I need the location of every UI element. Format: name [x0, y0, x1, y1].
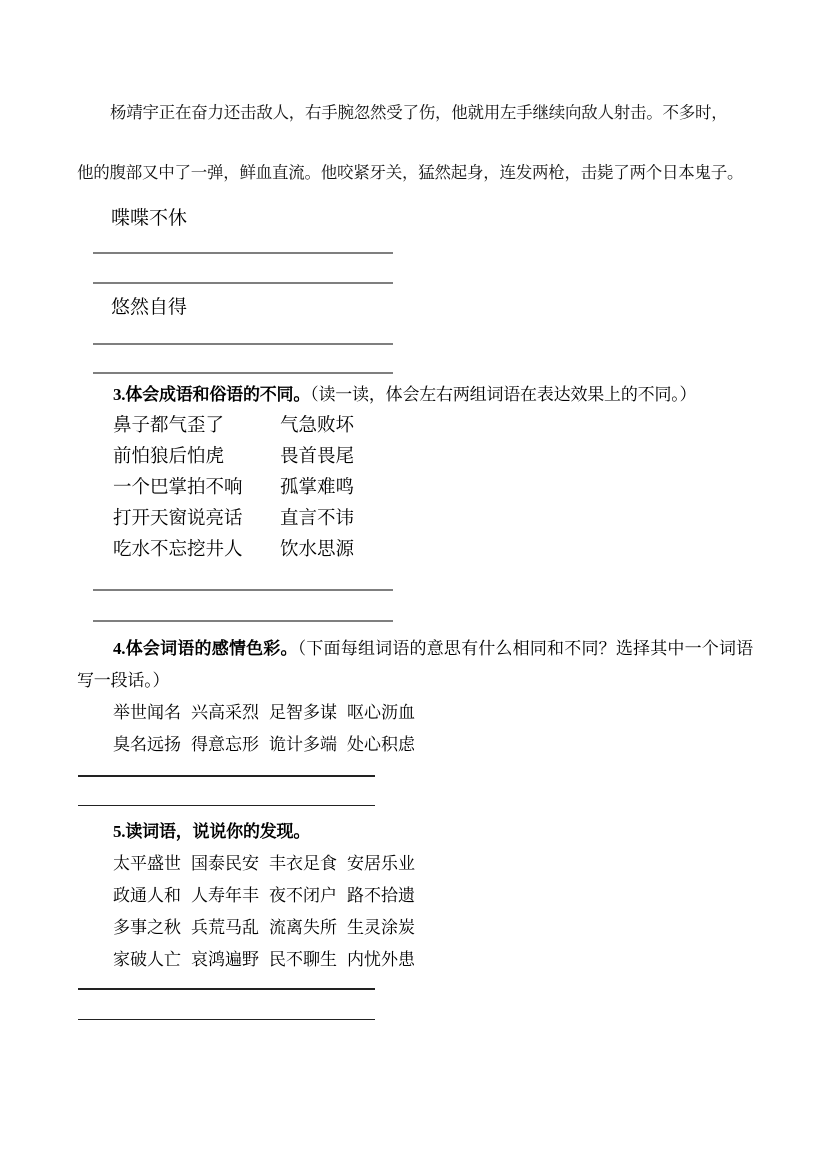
answer-line — [93, 252, 393, 254]
vocab-word-1: 喋喋不休 — [77, 203, 753, 235]
word: 兵荒马乱 — [191, 912, 259, 944]
word: 多事之秋 — [113, 912, 181, 944]
colloquial-phrase: 吃水不忘挖井人 — [113, 535, 280, 566]
word: 国泰民安 — [191, 848, 259, 880]
colloquial-phrase: 鼻子都气歪了 — [113, 411, 280, 442]
section3-title: 3.体会成语和俗语的不同。 — [113, 385, 310, 404]
idiom-phrase: 畏首畏尾 — [280, 447, 354, 467]
intro-paragraph: 杨靖宇正在奋力还击敌人，右手腕忽然受了伤，他就用左手继续向敌人射击。不多时， 他… — [77, 83, 753, 203]
word: 安居乐业 — [347, 848, 415, 880]
word: 呕心沥血 — [347, 697, 415, 729]
answer-line — [93, 372, 393, 374]
word-row: 太平盛世 国泰民安 丰衣足食 安居乐业 — [77, 848, 753, 880]
word: 足智多谋 — [269, 697, 337, 729]
word: 举世闻名 — [113, 697, 181, 729]
word: 处心积虑 — [347, 729, 415, 761]
word: 政通人和 — [113, 880, 181, 912]
answer-line — [93, 620, 393, 622]
answer-line — [78, 988, 375, 990]
vocab-word-2: 悠然自得 — [77, 292, 753, 324]
intro-line-2: 他的腹部又中了一弹，鲜血直流。他咬紧牙关，猛然起身，连发两枪，击毙了两个日本鬼子… — [77, 143, 753, 203]
idiom-pair-row: 前怕狼后怕虎畏首畏尾 — [77, 442, 753, 473]
idiom-phrase: 气急败坏 — [280, 416, 354, 436]
word: 夜不闭户 — [269, 880, 337, 912]
word: 兴高采烈 — [191, 697, 259, 729]
word: 内忧外患 — [347, 944, 415, 976]
idiom-phrase: 孤掌难鸣 — [280, 478, 354, 498]
worksheet-page: 杨靖宇正在奋力还击敌人，右手腕忽然受了伤，他就用左手继续向敌人射击。不多时， 他… — [0, 0, 826, 1169]
word: 流离失所 — [269, 912, 337, 944]
word: 人寿年丰 — [191, 880, 259, 912]
answer-line — [93, 282, 393, 284]
section5-heading: 5.读词语，说说你的发现。 — [77, 816, 753, 848]
word: 太平盛世 — [113, 848, 181, 880]
colloquial-phrase: 打开天窗说亮话 — [113, 504, 280, 535]
word: 丰衣足食 — [269, 848, 337, 880]
answer-line — [78, 775, 375, 777]
word-row-negative: 臭名远扬 得意忘形 诡计多端 处心积虑 — [77, 729, 753, 761]
idiom-phrase: 直言不讳 — [280, 509, 354, 529]
answer-line — [93, 343, 393, 345]
word: 路不拾遗 — [347, 880, 415, 912]
colloquial-phrase: 前怕狼后怕虎 — [113, 442, 280, 473]
idiom-phrase: 饮水思源 — [280, 540, 354, 560]
idiom-pair-row: 打开天窗说亮话直言不讳 — [77, 504, 753, 535]
word: 民不聊生 — [269, 944, 337, 976]
section3-note: （读一读，体会左右两组词语在表达效果上的不同。） — [310, 385, 696, 404]
word: 臭名远扬 — [113, 729, 181, 761]
word: 得意忘形 — [191, 729, 259, 761]
word-row: 多事之秋 兵荒马乱 流离失所 生灵涂炭 — [77, 912, 753, 944]
word-row-positive: 举世闻名 兴高采烈 足智多谋 呕心沥血 — [77, 697, 753, 729]
answer-line — [93, 589, 393, 591]
word: 诡计多端 — [269, 729, 337, 761]
answer-line — [78, 805, 375, 807]
word: 哀鸿遍野 — [191, 944, 259, 976]
word-row: 政通人和 人寿年丰 夜不闭户 路不拾遗 — [77, 880, 753, 912]
section5-title: 5.读词语，说说你的发现。 — [113, 822, 310, 841]
section4-heading: 4.体会词语的感情色彩。（下面每组词语的意思有什么相同和不同？选择其中一个词语写… — [77, 633, 753, 697]
word: 家破人亡 — [113, 944, 181, 976]
idiom-pair-row: 吃水不忘挖井人饮水思源 — [77, 535, 753, 566]
section4-title: 4.体会词语的感情色彩。 — [113, 639, 298, 658]
idiom-pair-row: 一个巴掌拍不响孤掌难鸣 — [77, 473, 753, 504]
colloquial-phrase: 一个巴掌拍不响 — [113, 473, 280, 504]
idiom-pair-row: 鼻子都气歪了气急败坏 — [77, 411, 753, 442]
answer-line — [78, 1019, 375, 1021]
word: 生灵涂炭 — [347, 912, 415, 944]
word-row: 家破人亡 哀鸿遍野 民不聊生 内忧外患 — [77, 944, 753, 976]
section3-heading: 3.体会成语和俗语的不同。（读一读，体会左右两组词语在表达效果上的不同。） — [77, 379, 753, 411]
intro-line-1: 杨靖宇正在奋力还击敌人，右手腕忽然受了伤，他就用左手继续向敌人射击。不多时， — [77, 83, 753, 143]
